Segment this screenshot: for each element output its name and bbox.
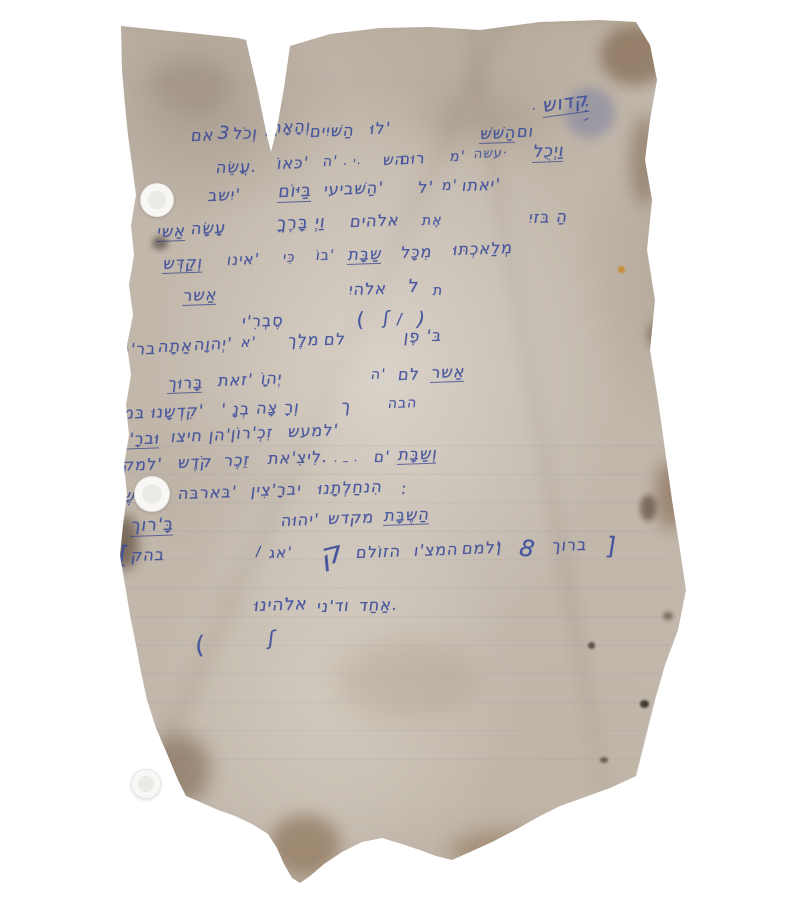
line-01-yom-hashishi-chunk: ום bbox=[516, 123, 535, 140]
line-01-yom-hashishi-chunk: וְכֹל bbox=[232, 125, 259, 142]
line-09-baruch-asher-chunk: אַשר bbox=[430, 364, 466, 383]
hole-reinforcement-ring bbox=[134, 476, 170, 512]
line-14-mekadesh-hashabat-chunk: יהוּה' bbox=[280, 512, 320, 529]
line-16-eloheinu-echad-chunk: אלֹהינוּ bbox=[253, 596, 308, 615]
line-05-vayekadesh-chunk: מִכָּל bbox=[400, 244, 433, 261]
line-13-hinchaltanu-chunk: יברָ'צִין bbox=[250, 481, 303, 499]
paper-stain bbox=[270, 815, 340, 875]
paper-stain bbox=[450, 830, 560, 870]
line-02-vayechulu-chunk: מ' bbox=[449, 149, 466, 164]
paper-stain bbox=[600, 757, 608, 763]
line-14-mekadesh-hashabat-chunk: בָּ'רוך bbox=[130, 516, 175, 537]
line-15-bracketed-chunk: ברוך bbox=[551, 537, 588, 554]
line-01-yom-hashishi-chunk: אם bbox=[190, 127, 215, 144]
line-05-vayekadesh-chunk: אינו' bbox=[226, 252, 260, 268]
line-07-savri-chunk: ( bbox=[356, 309, 366, 330]
line-11-uvratzon-chunk: זִכְ'רוֹן bbox=[230, 424, 274, 442]
line-09-baruch-asher-chunk: זאת' bbox=[217, 372, 254, 389]
line-05-vayekadesh-chunk: בוֹ' bbox=[315, 248, 335, 263]
line-09-baruch-asher-chunk: ה' bbox=[370, 367, 387, 382]
line-06-asher-bara-chunk: אַשר bbox=[182, 287, 218, 306]
line-02-vayechulu-chunk: כּאוֹ' bbox=[276, 155, 310, 172]
line-16-eloheinu-echad-chunk: וד'ני bbox=[316, 598, 350, 615]
paper-stain bbox=[150, 60, 230, 110]
paper-stain bbox=[600, 25, 670, 85]
line-04-asher-asah-chunk: הַ בּזיִ bbox=[528, 209, 569, 226]
line-15-bracketed-chunk: בהק bbox=[130, 547, 166, 564]
line-12-zecher-litziat-chunk: למקד' bbox=[112, 456, 163, 474]
line-15-bracketed-chunk: אג' bbox=[268, 545, 293, 561]
line-03-vayishbot-chunk: יִשב' bbox=[207, 187, 242, 204]
line-03-vayishbot-chunk: יאתו' bbox=[461, 177, 502, 194]
line-01-yom-hashishi-chunk: וְהָאָרְץ bbox=[262, 118, 312, 136]
line-09-baruch-asher-chunk: לם bbox=[397, 366, 421, 383]
line-13-hinchaltanu-chunk: הִנחַלְתָנוּ bbox=[317, 479, 384, 497]
line-02-vayechulu-chunk: רוּם bbox=[399, 151, 426, 167]
line-02-vayechulu-chunk: עשה· bbox=[473, 147, 509, 161]
line-10-kidshanu-chunk: הבה bbox=[387, 396, 418, 411]
line-04-asher-asah-chunk: אלֹהים bbox=[349, 212, 400, 230]
line-05-vayekadesh-chunk: וְקַדְּש bbox=[162, 255, 204, 274]
line-06-asher-bara-chunk: ל bbox=[407, 278, 420, 296]
line-06-asher-bara-chunk: ת bbox=[432, 284, 444, 298]
scanned-page-photo: קדוש:·–אם3וְכֹלוְהָאָרְץהַשּׁיִיםלוּ'הַש… bbox=[0, 0, 800, 900]
line-03-vayishbot-chunk: הַשּׁביעי' bbox=[323, 180, 385, 198]
line-08-borei-pri-hagafen-chunk: בּ' פֶן bbox=[403, 328, 443, 345]
line-04-asher-asah-chunk: אַשי bbox=[156, 223, 187, 242]
line-07-savri-chunk: / bbox=[396, 312, 404, 327]
line-05-vayekadesh-chunk: כִּי bbox=[282, 250, 296, 265]
line-08-borei-pri-hagafen-chunk: לם bbox=[323, 331, 347, 348]
line-08-borei-pri-hagafen-chunk: מלֶך bbox=[287, 332, 321, 349]
paper-stain bbox=[618, 266, 625, 273]
line-15-bracketed-chunk: הזוֹלם bbox=[355, 543, 402, 561]
line-01-yom-hashishi-chunk: לוּ' bbox=[369, 120, 392, 137]
line-12-zecher-litziat-chunk: זֵכֶר bbox=[223, 452, 251, 469]
line-12-zecher-litziat-chunk: ם' bbox=[373, 449, 391, 465]
line-11-uvratzon-chunk: הן חיצו' bbox=[170, 427, 232, 445]
line-12-zecher-litziat-chunk: וְשַבָּת bbox=[397, 446, 439, 465]
line-07-savri-chunk: ʃ bbox=[382, 310, 391, 328]
line-08-borei-pri-hagafen-chunk: בר'ך bbox=[120, 341, 157, 358]
paper-stain bbox=[330, 640, 480, 720]
paper-stain bbox=[655, 460, 685, 530]
line-05-vayekadesh-chunk: מְלַאכְתּוּ bbox=[452, 240, 514, 258]
line-17-paren-marks-chunk: ( bbox=[195, 632, 206, 658]
paper-stain bbox=[588, 642, 595, 649]
line-01-yom-hashishi-chunk: הַשּׁשּׁ bbox=[479, 125, 517, 144]
line-02-vayechulu-chunk: עֲשֵׂה. bbox=[215, 158, 258, 176]
line-09-baruch-asher-chunk: בָּרוּך bbox=[167, 375, 204, 394]
paper-stain bbox=[648, 318, 688, 352]
hole-reinforcement-ring bbox=[140, 183, 174, 217]
line-12-zecher-litziat-chunk: קֹדֶש bbox=[177, 454, 213, 471]
line-08-borei-pri-hagafen-chunk: א' bbox=[240, 335, 257, 350]
line-10-kidshanu-chunk: ך bbox=[340, 399, 352, 416]
line-15-bracketed-chunk: המצ'ו bbox=[413, 541, 460, 559]
line-14-mekadesh-hashabat-chunk: מקדש bbox=[327, 509, 375, 527]
line-02-vayechulu-chunk: וַיְכֻל bbox=[532, 143, 565, 163]
paper-stain bbox=[150, 735, 210, 805]
line-11-uvratzon-chunk: וּברָ'צָן bbox=[112, 430, 161, 450]
line-12-zecher-litziat-chunk: · – · bbox=[333, 455, 359, 467]
paper-stain bbox=[663, 612, 673, 620]
line-03-vayishbot-chunk: בַּיּוֹם bbox=[277, 183, 313, 203]
line-13-hinchaltanu-chunk: בּארבּה' bbox=[177, 484, 238, 502]
line-09-baruch-asher-chunk: יְהוָֹ bbox=[260, 370, 283, 387]
line-14-mekadesh-hashabat-chunk: הַשֶבָּת bbox=[383, 506, 431, 526]
line-04-asher-asah-chunk: אֶת bbox=[421, 213, 443, 228]
line-10-kidshanu-chunk: קִדְשָנוּ בּמל' bbox=[112, 403, 205, 422]
paper-stain bbox=[640, 700, 649, 708]
line-08-borei-pri-hagafen-chunk: יְהוָה' bbox=[193, 336, 233, 353]
line-02-vayechulu-chunk: · '· bbox=[342, 157, 362, 170]
line-08-borei-pri-hagafen-chunk: אַתָה bbox=[157, 338, 194, 355]
line-02-vayechulu-chunk: ה' bbox=[322, 154, 339, 169]
line-05-vayekadesh-chunk: שַבָּת bbox=[347, 246, 383, 265]
paper-stain bbox=[630, 115, 660, 205]
paper-sheet: קדוש:·–אם3וְכֹלוְהָאָרְץהַשּׁיִיםלוּ'הַש… bbox=[0, 0, 800, 900]
line-11-uvratzon-chunk: למעש' bbox=[287, 422, 340, 440]
line-15-bracketed-chunk: ק bbox=[320, 536, 344, 572]
line-03-vayishbot-chunk: מ' bbox=[441, 178, 458, 193]
paper-stain bbox=[640, 495, 656, 521]
hole-reinforcement-ring bbox=[131, 769, 161, 799]
line-04-asher-asah-chunk: וַיְ בָּרֶךָ bbox=[276, 214, 326, 233]
line-12-zecher-litziat-chunk: לִיצִ'את. bbox=[267, 449, 329, 467]
line-04-asher-asah-chunk: עָשָׂה bbox=[190, 220, 227, 237]
line-03-vayishbot-chunk: ל' bbox=[417, 179, 434, 196]
line-10-kidshanu-chunk: ' וְרָ צָּה בְנָ bbox=[220, 399, 301, 418]
line-07-savri-chunk: סֶבְרִ'י bbox=[241, 312, 285, 330]
line-01-yom-hashishi-chunk: 3 bbox=[215, 124, 232, 143]
line-01-yom-hashishi-chunk: הַשּׁיִים bbox=[309, 122, 356, 140]
line-16-eloheinu-echad-chunk: אַחַד. bbox=[358, 597, 399, 614]
line-06-asher-bara-chunk: אלֹהיִ bbox=[348, 281, 388, 298]
